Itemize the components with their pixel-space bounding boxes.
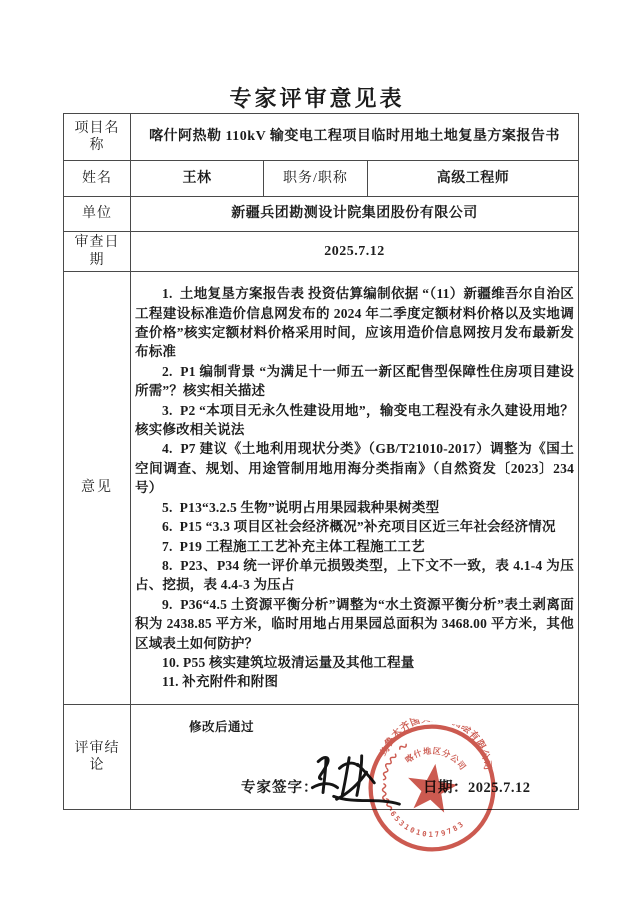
review-date-value: 2025.7.12	[131, 232, 579, 272]
conclusion-result-text: 修改后通过	[189, 720, 254, 736]
name-label: 姓名	[64, 161, 131, 197]
table-row: 审查日期 2025.7.12	[64, 232, 579, 272]
opinions-label: 意见	[64, 272, 131, 705]
position-label: 职务/职称	[264, 161, 368, 197]
opinion-item: 4. P7 建议《土地利用现状分类》（GB/T21010-2017）调整为《国土…	[135, 439, 574, 497]
unit-value: 新疆兵团勘测设计院集团股份有限公司	[131, 197, 579, 232]
unit-label: 单位	[64, 197, 131, 232]
review-date-label: 审查日期	[64, 232, 131, 272]
table-row: 项目名称 喀什阿热勒 110kV 输变电工程项目临时用地土地复垦方案报告书	[64, 114, 579, 161]
seal-number-text: 6531010179783	[386, 808, 468, 844]
table-row: 单位 新疆兵团勘测设计院集团股份有限公司	[64, 197, 579, 232]
opinion-item: 9. P36“4.5 土资源平衡分析”调整为“水土资源平衡分析”表土剥离面积为 …	[135, 595, 574, 653]
opinion-item: 7. P19 工程施工工艺补充主体工程施工工艺	[135, 537, 574, 556]
table-row: 意见 1. 土地复垦方案报告表 投资估算编制依据 “（11）新疆维吾尔自治区工程…	[64, 272, 579, 705]
opinion-item: 8. P23、P34 统一评价单元损毁类型，上下文不一致，表 4.1-4 为压占…	[135, 556, 574, 595]
table-row: 评审结论 修改后通过 专家签字：	[64, 705, 579, 810]
project-name-value: 喀什阿热勒 110kV 输变电工程项目临时用地土地复垦方案报告书	[131, 114, 579, 161]
opinion-item: 1. 土地复垦方案报告表 投资估算编制依据 “（11）新疆维吾尔自治区工程建设标…	[135, 284, 574, 362]
table-row: 姓名 王林 职务/职称 高级工程师	[64, 161, 579, 197]
document-page: { "title": "专家评审意见表", "table": { "projec…	[0, 0, 634, 897]
opinions-content: 1. 土地复垦方案报告表 投资估算编制依据 “（11）新疆维吾尔自治区工程建设标…	[131, 272, 579, 705]
sign-date-value: 2025.7.12	[468, 780, 531, 796]
conclusion-label: 评审结论	[64, 705, 131, 810]
opinion-item: 3. P2 “本项目无永久性建设用地”，输变电工程没有永久建设用地？核实修改相关…	[135, 401, 574, 440]
page-title: 专家评审意见表	[0, 82, 634, 113]
opinion-item: 11. 补充附件和附图	[135, 672, 574, 691]
svg-text:6531010179783: 6531010179783	[386, 808, 468, 844]
project-name-label: 项目名称	[64, 114, 131, 161]
name-value: 王林	[131, 161, 264, 197]
sign-date: 日期：2025.7.12	[423, 779, 531, 797]
opinion-item: 5. P13“3.2.5 生物”说明占用果园栽种果树类型	[135, 498, 574, 517]
conclusion-content: 修改后通过 专家签字： 日期：2025.7.12	[131, 705, 579, 810]
handwritten-signature	[303, 749, 403, 807]
opinion-item: 10. P55 核实建筑垃圾清运量及其他工程量	[135, 653, 574, 672]
sign-date-label: 日期：	[423, 780, 468, 796]
opinion-item: 6. P15 “3.3 项目区社会经济概况”补充项目区近三年社会经济情况	[135, 517, 574, 536]
opinion-item: 2. P1 编制背景 “为满足十一师五一新区配售型保障性住房项目建设所需”？核实…	[135, 362, 574, 401]
position-value: 高级工程师	[368, 161, 579, 197]
review-form-table: 项目名称 喀什阿热勒 110kV 输变电工程项目临时用地土地复垦方案报告书 姓名…	[63, 113, 579, 810]
